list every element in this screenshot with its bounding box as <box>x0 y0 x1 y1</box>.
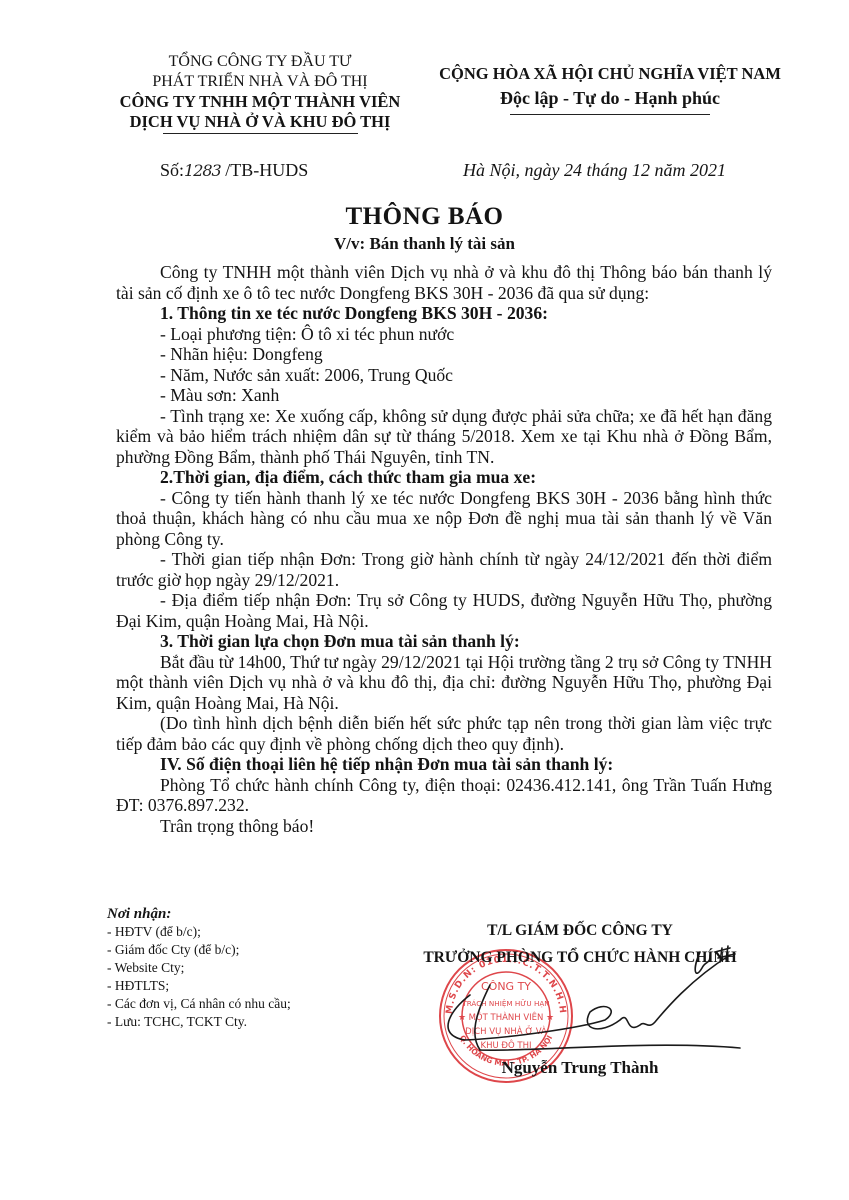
section-2-item: - Công ty tiến hành thanh lý xe téc nước… <box>116 488 772 550</box>
signer-title-line2: TRƯỞNG PHÒNG TỔ CHỨC HÀNH CHÍNH <box>380 944 780 971</box>
doc-number-prefix: Số: <box>160 160 184 180</box>
section-3-item: (Do tình hình dịch bệnh diễn biến hết sứ… <box>116 713 772 754</box>
issuer-company-line1: CÔNG TY TNHH MỘT THÀNH VIÊN <box>100 92 420 112</box>
document-title: THÔNG BÁO <box>0 203 849 231</box>
document-body: Công ty TNHH một thành viên Dịch vụ nhà … <box>116 262 772 836</box>
section-1-item: - Năm, Nước sản xuất: 2006, Trung Quốc <box>116 365 772 386</box>
signature-block: T/L GIÁM ĐỐC CÔNG TY TRƯỞNG PHÒNG TỔ CHỨ… <box>380 917 780 971</box>
section-4-item: Phòng Tổ chức hành chính Công ty, điện t… <box>116 775 772 816</box>
recipients-block: Nơi nhận: - HĐTV (để b/c); - Giám đốc Ct… <box>107 905 291 1031</box>
date-line: Hà Nội, ngày 24 tháng 12 năm 2021 <box>463 160 726 181</box>
doc-number-suffix: /TB-HUDS <box>221 160 309 180</box>
recipient-item: - Giám đốc Cty (để b/c); <box>107 941 291 959</box>
recipient-item: - Lưu: TCHC, TCKT Cty. <box>107 1013 291 1031</box>
recipient-item: - HĐTV (để b/c); <box>107 923 291 941</box>
section-1-item: - Nhãn hiệu: Dongfeng <box>116 344 772 365</box>
issuer-company-line2: DỊCH VỤ NHÀ Ở VÀ KHU ĐÔ THỊ <box>100 112 420 132</box>
doc-number-handwritten: 1283 <box>184 161 221 180</box>
section-3-heading: 3. Thời gian lựa chọn Đơn mua tài sản th… <box>116 631 772 652</box>
recipient-item: - Các đơn vị, Cá nhân có nhu cầu; <box>107 995 291 1013</box>
intro-paragraph: Công ty TNHH một thành viên Dịch vụ nhà … <box>116 262 772 303</box>
national-header: CỘNG HÒA XÃ HỘI CHỦ NGHĨA VIỆT NAM Độc l… <box>420 62 800 115</box>
signer-name: Nguyễn Trung Thành <box>380 1058 780 1078</box>
document-subject: V/v: Bán thanh lý tài sản <box>0 234 849 254</box>
section-2-heading: 2.Thời gian, địa điểm, cách thức tham gi… <box>116 467 772 488</box>
section-3-item: Bắt đầu từ 14h00, Thứ tư ngày 29/12/2021… <box>116 652 772 714</box>
recipient-item: - Website Cty; <box>107 959 291 977</box>
section-1-heading: 1. Thông tin xe téc nước Dongfeng BKS 30… <box>116 303 772 324</box>
closing-line: Trân trọng thông báo! <box>116 816 772 837</box>
section-1-item: - Tình trạng xe: Xe xuống cấp, không sử … <box>116 406 772 468</box>
section-1-item: - Loại phương tiện: Ô tô xi téc phun nướ… <box>116 324 772 345</box>
issuer-header: TỔNG CÔNG TY ĐẦU TƯ PHÁT TRIỂN NHÀ VÀ ĐÔ… <box>100 52 420 134</box>
motto-underline <box>510 114 710 115</box>
national-title: CỘNG HÒA XÃ HỘI CHỦ NGHĨA VIỆT NAM <box>420 62 800 86</box>
section-2-item: - Địa điểm tiếp nhận Đơn: Trụ sở Công ty… <box>116 590 772 631</box>
section-2-item: - Thời gian tiếp nhận Đơn: Trong giờ hàn… <box>116 549 772 590</box>
issuer-parent-line1: TỔNG CÔNG TY ĐẦU TƯ <box>100 52 420 72</box>
section-1-item: - Màu sơn: Xanh <box>116 385 772 406</box>
issuer-parent-line2: PHÁT TRIỂN NHÀ VÀ ĐÔ THỊ <box>100 72 420 92</box>
recipient-item: - HĐTLTS; <box>107 977 291 995</box>
recipients-title: Nơi nhận: <box>107 905 291 923</box>
document-number: Số:1283 /TB-HUDS <box>160 160 308 181</box>
signer-title-line1: T/L GIÁM ĐỐC CÔNG TY <box>380 917 780 944</box>
national-motto: Độc lập - Tự do - Hạnh phúc <box>420 86 800 110</box>
issuer-underline <box>163 133 358 134</box>
section-4-heading: IV. Số điện thoại liên hệ tiếp nhận Đơn … <box>116 754 772 775</box>
